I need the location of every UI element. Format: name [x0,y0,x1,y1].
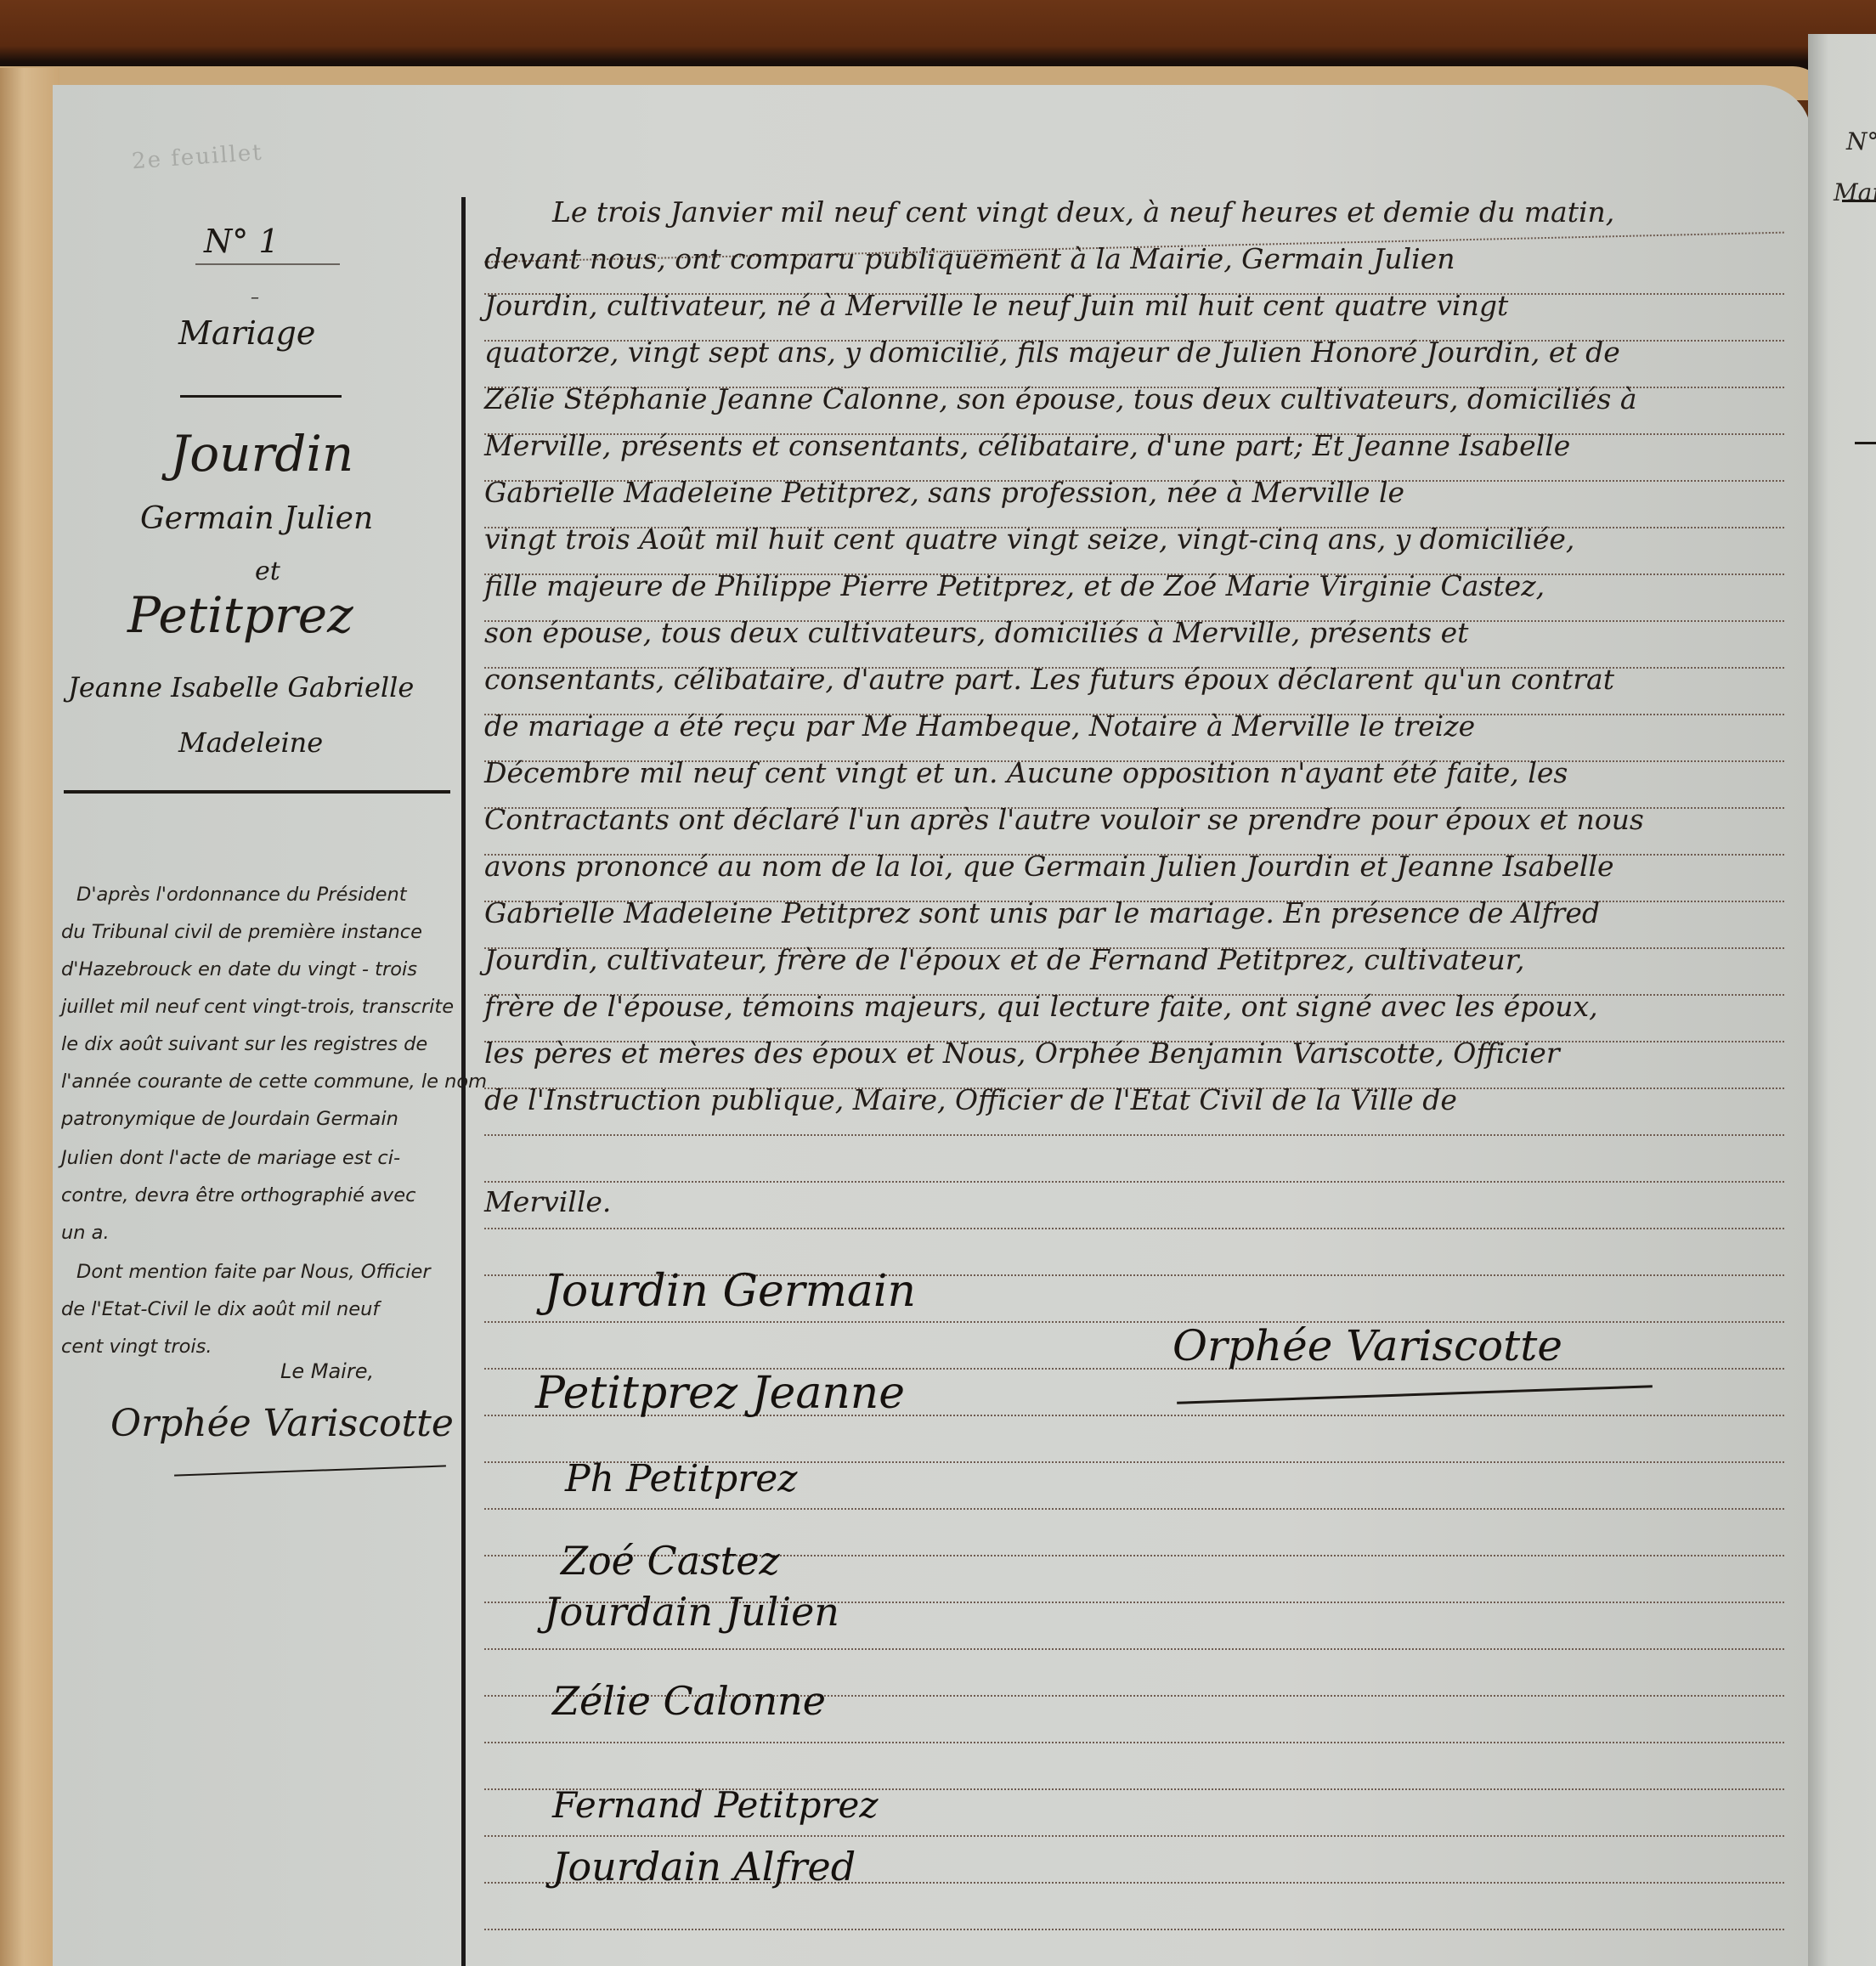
act-line: Jourdin, cultivateur, frère de l'époux e… [484,943,1524,976]
signature-bride-mother: Zoé Castez [561,1538,780,1584]
act-line: Gabrielle Madeleine Petitprez, sans prof… [484,476,1404,509]
act-line: devant nous, ont comparu publiquement à … [484,242,1455,275]
entry-number: N° 1 [204,223,280,260]
act-line: Le trois Janvier mil neuf cent vingt deu… [552,195,1614,229]
signature-groom-father: Jourdain Julien [544,1589,839,1635]
act-line: fille majeure de Philippe Pierre Petitpr… [484,569,1545,602]
annotation-line: patronymique de Jourdain Germain [61,1108,398,1130]
ruled-line [484,1508,1784,1510]
bride-surname: Petitprez [127,586,353,644]
annotation-line: Dont mention faite par Nous, Officier [76,1261,431,1283]
annotation-line: cent vingt trois. [61,1336,212,1358]
annotation-line: de l'Etat-Civil le dix août mil neuf [61,1298,379,1320]
entry-number-underline [195,263,340,265]
annotation-closing: Le Maire, [280,1359,374,1383]
next-page-entry-number: N° [1846,127,1876,155]
act-line: Zélie Stéphanie Jeanne Calonne, son épou… [484,382,1637,415]
act-line: Gabrielle Madeleine Petitprez sont unis … [484,896,1600,929]
book-binding [0,0,1876,76]
act-line: de mariage a été reçu par Me Hambeque, N… [484,709,1475,743]
annotation-line: le dix août suivant sur les registres de [61,1033,427,1055]
mayor-margin-signature: Orphée Variscotte [110,1402,454,1445]
signature-witness-fernand: Fernand Petitprez [552,1784,879,1826]
signature-bride-father: Ph Petitprez [565,1457,797,1500]
title-separator [180,395,342,398]
signature-mayor: Orphée Variscotte [1172,1321,1562,1370]
signature-groom: Jourdin Germain [544,1266,916,1317]
annotation-line: juillet mil neuf cent vingt-trois, trans… [61,996,454,1018]
margin-separator [64,790,450,794]
ruled-line [484,1742,1784,1743]
groom-surname: Jourdin [170,425,353,483]
signature-witness-alfred: Jourdain Alfred [552,1844,856,1890]
ruled-line [484,1835,1784,1837]
act-line: Merville, présents et consentants, célib… [484,429,1570,462]
act-line: Contractants ont déclaré l'un après l'au… [484,803,1644,836]
signature-bride: Petitprez Jeanne [535,1368,905,1419]
annotation-line: l'année courante de cette commune, le no… [61,1071,487,1093]
annotation-line: du Tribunal civil de première instance [61,921,422,943]
next-page-rule [1855,442,1876,444]
ruled-line [484,1929,1784,1930]
act-line: Décembre mil neuf cent vingt et un. Aucu… [484,756,1568,789]
act-line: les pères et mères des époux et Nous, Or… [484,1037,1560,1070]
column-divider [461,197,466,1966]
ruled-line [484,1321,1784,1323]
ruled-line [484,1181,1784,1183]
act-line: son épouse, tous deux cultivateurs, domi… [484,616,1468,649]
annotation-line: D'après l'ordonnance du Président [76,884,407,906]
act-line: Merville. [484,1185,611,1218]
bride-given-names-cont: Madeleine [178,726,323,759]
act-line: avons prononcé au nom de la loi, que Ger… [484,850,1614,883]
conjunction: et [255,556,280,586]
groom-given-names: Germain Julien [140,501,373,536]
ruled-line [484,1134,1784,1136]
act-line: Jourdin, cultivateur, né à Merville le n… [484,289,1508,322]
act-line: de l'Instruction publique, Maire, Offici… [484,1083,1457,1116]
next-page-entry-type: Mar [1834,178,1876,206]
next-page-rule [1842,200,1876,202]
ruled-line [484,1648,1784,1650]
annotation-line: Julien dont l'acte de mariage est ci- [61,1147,400,1169]
act-line: frère de l'épouse, témoins majeurs, qui … [484,990,1598,1023]
act-line: quatorze, vingt sept ans, y domicilié, f… [484,336,1620,369]
act-line: consentants, célibataire, d'autre part. … [484,663,1614,696]
signature-groom-mother: Zélie Calonne [552,1678,826,1724]
ruled-line [484,1228,1784,1229]
entry-type: Mariage [178,314,315,352]
page-stack-edge [0,68,59,1966]
annotation-line: d'Hazebrouck en date du vingt - trois [61,958,417,980]
bride-given-names: Jeanne Isabelle Gabrielle [68,671,414,703]
next-page-sliver: N° Mar [1808,34,1876,1966]
act-line: vingt trois Août mil huit cent quatre vi… [484,523,1574,556]
dash: – [251,286,259,307]
annotation-line: un a. [61,1222,110,1244]
annotation-line: contre, devra être orthographié avec [61,1184,415,1206]
